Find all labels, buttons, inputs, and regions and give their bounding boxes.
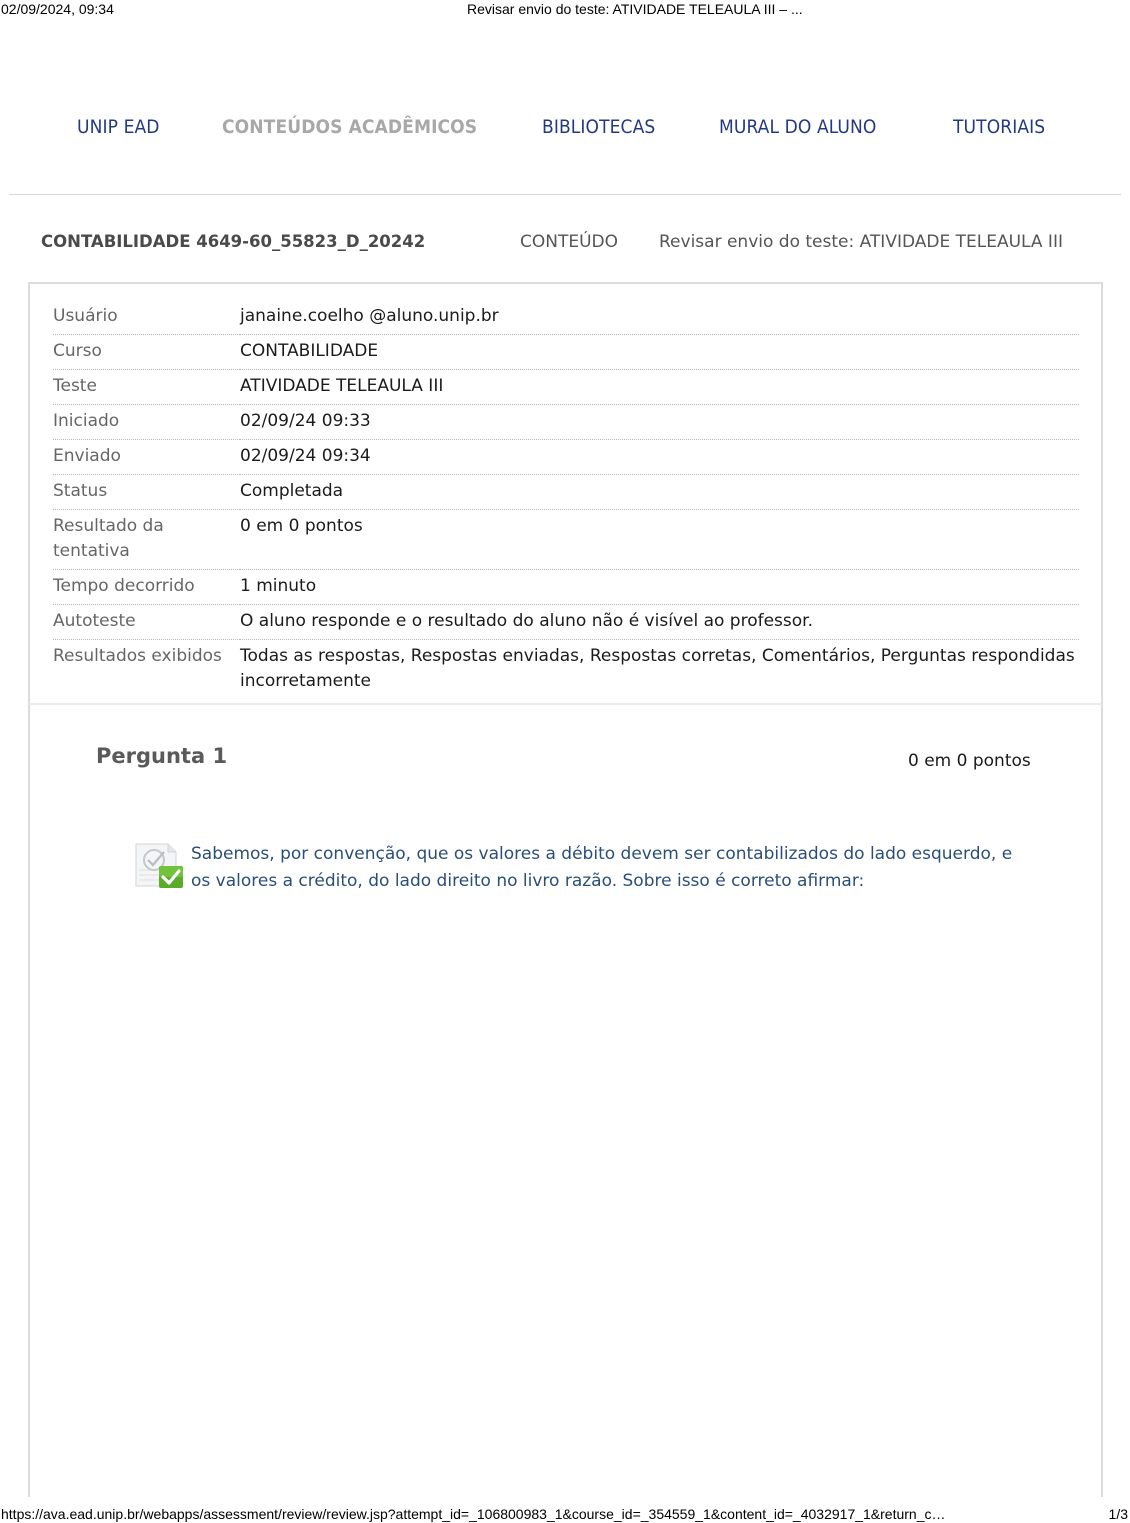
attempt-info-row: CursoCONTABILIDADE — [53, 335, 1079, 370]
attempt-info-label: Tempo decorrido — [53, 570, 240, 605]
breadcrumb: CONTABILIDADE 4649-60_55823_D_20242 CONT… — [0, 232, 1130, 256]
breadcrumb-course[interactable]: CONTABILIDADE 4649-60_55823_D_20242 — [41, 232, 425, 251]
attempt-info-label: Curso — [53, 335, 240, 370]
attempt-info-row: Iniciado02/09/24 09:33 — [53, 405, 1079, 440]
attempt-info-row: Tempo decorrido1 minuto — [53, 570, 1079, 605]
attempt-info-label: Usuário — [53, 300, 240, 335]
attempt-info-value: ATIVIDADE TELEAULA III — [240, 370, 1079, 405]
print-url: https://ava.ead.unip.br/webapps/assessme… — [1, 1505, 946, 1523]
nav-tutoriais[interactable]: TUTORIAIS — [953, 116, 1045, 138]
attempt-info-row: Usuáriojanaine.coelho @aluno.unip.br — [53, 300, 1079, 335]
attempt-info-value: 1 minuto — [240, 570, 1079, 605]
print-header: 02/09/2024, 09:34 Revisar envio do teste… — [0, 0, 1130, 18]
attempt-info-row: Enviado02/09/24 09:34 — [53, 440, 1079, 475]
attempt-info-row: StatusCompletada — [53, 475, 1079, 510]
attempt-info-label: Status — [53, 475, 240, 510]
print-datetime: 02/09/2024, 09:34 — [1, 0, 114, 18]
question-text: Sabemos, por convenção, que os valores a… — [191, 841, 1021, 895]
attempt-info-value: janaine.coelho @aluno.unip.br — [240, 300, 1079, 335]
attempt-info-row: Resultados exibidosTodas as respostas, R… — [53, 640, 1079, 700]
breadcrumb-content[interactable]: CONTEÚDO — [520, 232, 618, 252]
attempt-info-value: Completada — [240, 475, 1079, 510]
attempt-info-label: Teste — [53, 370, 240, 405]
attempt-info-label: Autoteste — [53, 605, 240, 640]
top-nav: UNIP EAD CONTEÚDOS ACADÊMICOS BIBLIOTECA… — [0, 116, 1130, 148]
attempt-info-label: Resultado da tentativa — [53, 510, 240, 570]
question-points: 0 em 0 pontos — [908, 751, 1031, 771]
nav-mural-do-aluno[interactable]: MURAL DO ALUNO — [719, 116, 876, 138]
question-title: Pergunta 1 — [96, 744, 227, 768]
print-title: Revisar envio do teste: ATIVIDADE TELEAU… — [467, 0, 803, 18]
nav-conteudos-academicos[interactable]: CONTEÚDOS ACADÊMICOS — [222, 116, 477, 138]
attempt-info-value: 02/09/24 09:33 — [240, 405, 1079, 440]
attempt-info-panel: Usuáriojanaine.coelho @aluno.unip.brCurs… — [28, 282, 1103, 705]
nav-unip-ead[interactable]: UNIP EAD — [77, 116, 160, 138]
attempt-info-label: Enviado — [53, 440, 240, 475]
attempt-info-value: 0 em 0 pontos — [240, 510, 1079, 570]
attempt-info-row: AutotesteO aluno responde e o resultado … — [53, 605, 1079, 640]
attempt-info-label: Resultados exibidos — [53, 640, 240, 700]
breadcrumb-current-page: Revisar envio do teste: ATIVIDADE TELEAU… — [659, 232, 1063, 252]
print-page-number: 1/3 — [1109, 1505, 1128, 1523]
attempt-info-table: Usuáriojanaine.coelho @aluno.unip.brCurs… — [53, 300, 1079, 699]
print-footer: https://ava.ead.unip.br/webapps/assessme… — [0, 1505, 1130, 1523]
attempt-info-row: TesteATIVIDADE TELEAULA III — [53, 370, 1079, 405]
correct-answer-check-icon — [134, 840, 184, 890]
nav-bibliotecas[interactable]: BIBLIOTECAS — [542, 116, 655, 138]
attempt-info-value: O aluno responde e o resultado do aluno … — [240, 605, 1079, 640]
attempt-info-value: CONTABILIDADE — [240, 335, 1079, 370]
attempt-info-value: 02/09/24 09:34 — [240, 440, 1079, 475]
attempt-info-row: Resultado da tentativa0 em 0 pontos — [53, 510, 1079, 570]
attempt-info-label: Iniciado — [53, 405, 240, 440]
attempt-info-value: Todas as respostas, Respostas enviadas, … — [240, 640, 1079, 700]
nav-divider — [9, 194, 1121, 195]
